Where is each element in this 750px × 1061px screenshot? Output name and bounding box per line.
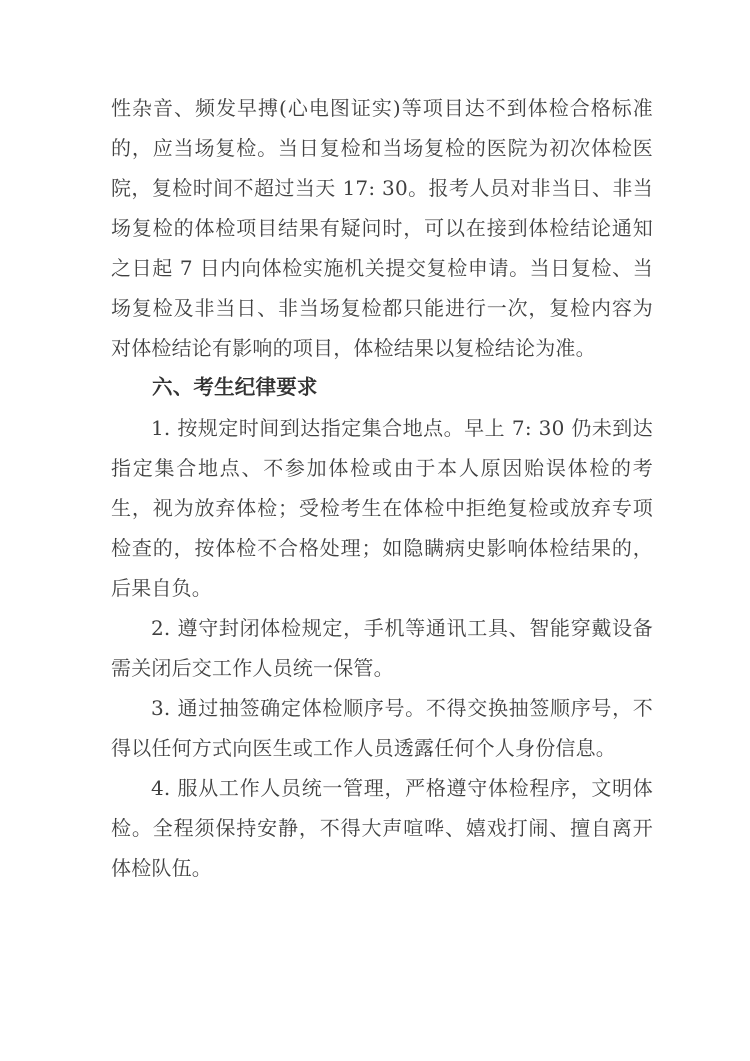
- document-text-block: 性杂音、频发早搏(心电图证实)等项目达不到体检合格标准的，应当场复检。当日复检和…: [111, 88, 653, 888]
- numbered-item-1-arrival-time: 1. 按规定时间到达指定集合地点。早上 7: 30 仍未到达指定集合地点、不参加…: [111, 408, 653, 608]
- document-page: 性杂音、频发早搏(心电图证实)等项目达不到体检合格标准的，应当场复检。当日复检和…: [0, 0, 750, 1061]
- numbered-item-3-lottery-order-number: 3. 通过抽签确定体检顺序号。不得交换抽签顺序号，不得以任何方式向医生或工作人员…: [111, 688, 653, 768]
- section-heading-candidate-discipline: 六、考生纪律要求: [111, 368, 653, 408]
- numbered-item-2-closed-exam-devices: 2. 遵守封闭体检规定，手机等通讯工具、智能穿戴设备需关闭后交工作人员统一保管。: [111, 608, 653, 688]
- paragraph-recheck-rules-continuation: 性杂音、频发早搏(心电图证实)等项目达不到体检合格标准的，应当场复检。当日复检和…: [111, 88, 653, 368]
- numbered-item-4-obey-staff-management: 4. 服从工作人员统一管理，严格遵守体检程序，文明体检。全程须保持安静，不得大声…: [111, 768, 653, 888]
